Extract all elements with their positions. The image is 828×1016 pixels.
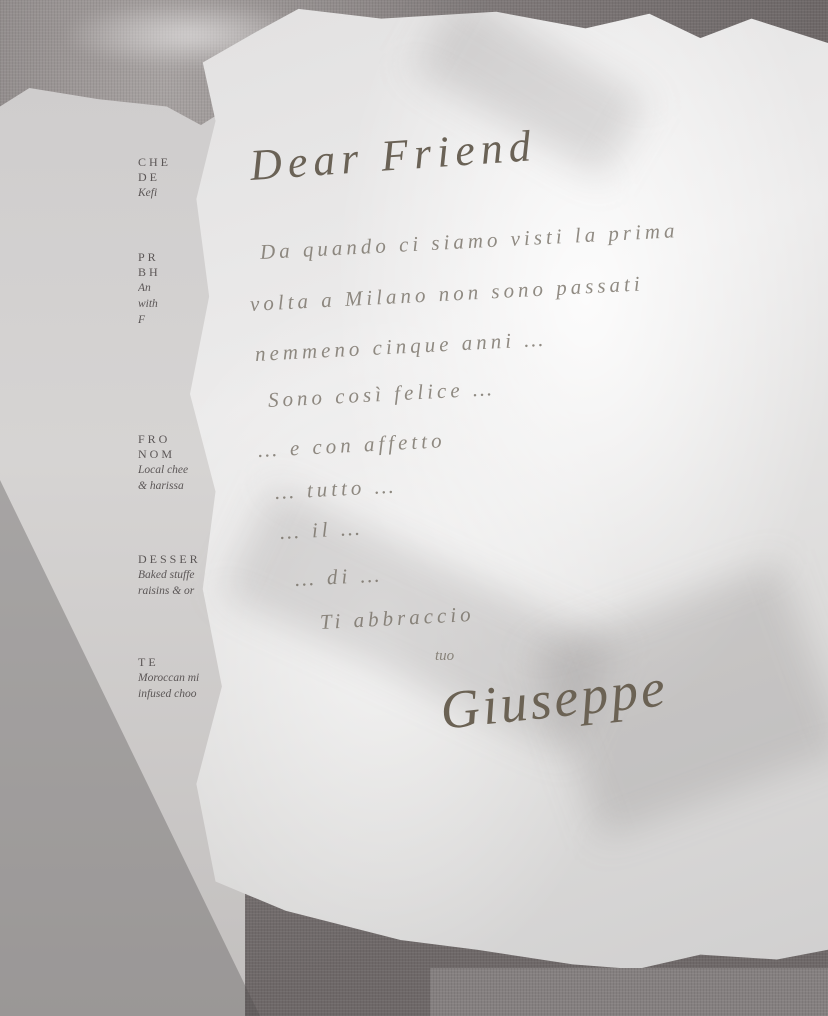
letter-line: … e con affetto (257, 428, 446, 463)
letter-line: … di … (294, 562, 383, 592)
menu-description: Moroccan mi (138, 670, 228, 686)
letter-line: Ti abbraccio (319, 602, 475, 635)
letter-line: … il … (279, 516, 364, 545)
letter-line: Da quando ci siamo visti la prima (259, 218, 679, 265)
letter-signature: Giuseppe (437, 656, 670, 741)
letter-line: Sono così felice … (267, 376, 496, 413)
menu-description: infused choo (138, 686, 228, 702)
calligraphy-letter: Dear Friend Da quando ci siamo visti la … (250, 120, 690, 780)
letter-line: … tutto … (274, 474, 398, 505)
photo-scene: CHE DE Kefi PR BH An with F FRO NOM Loca… (0, 0, 828, 1016)
menu-heading: TE (138, 655, 228, 670)
menu-section: TE Moroccan mi infused choo (138, 655, 228, 702)
letter-line: volta a Milano non sono passati (249, 271, 644, 317)
letter-line: nemmeno cinque anni … (254, 327, 547, 367)
letter-signoff: tuo (435, 648, 454, 665)
linen-corner (430, 968, 828, 1016)
letter-greeting: Dear Friend (248, 120, 538, 191)
